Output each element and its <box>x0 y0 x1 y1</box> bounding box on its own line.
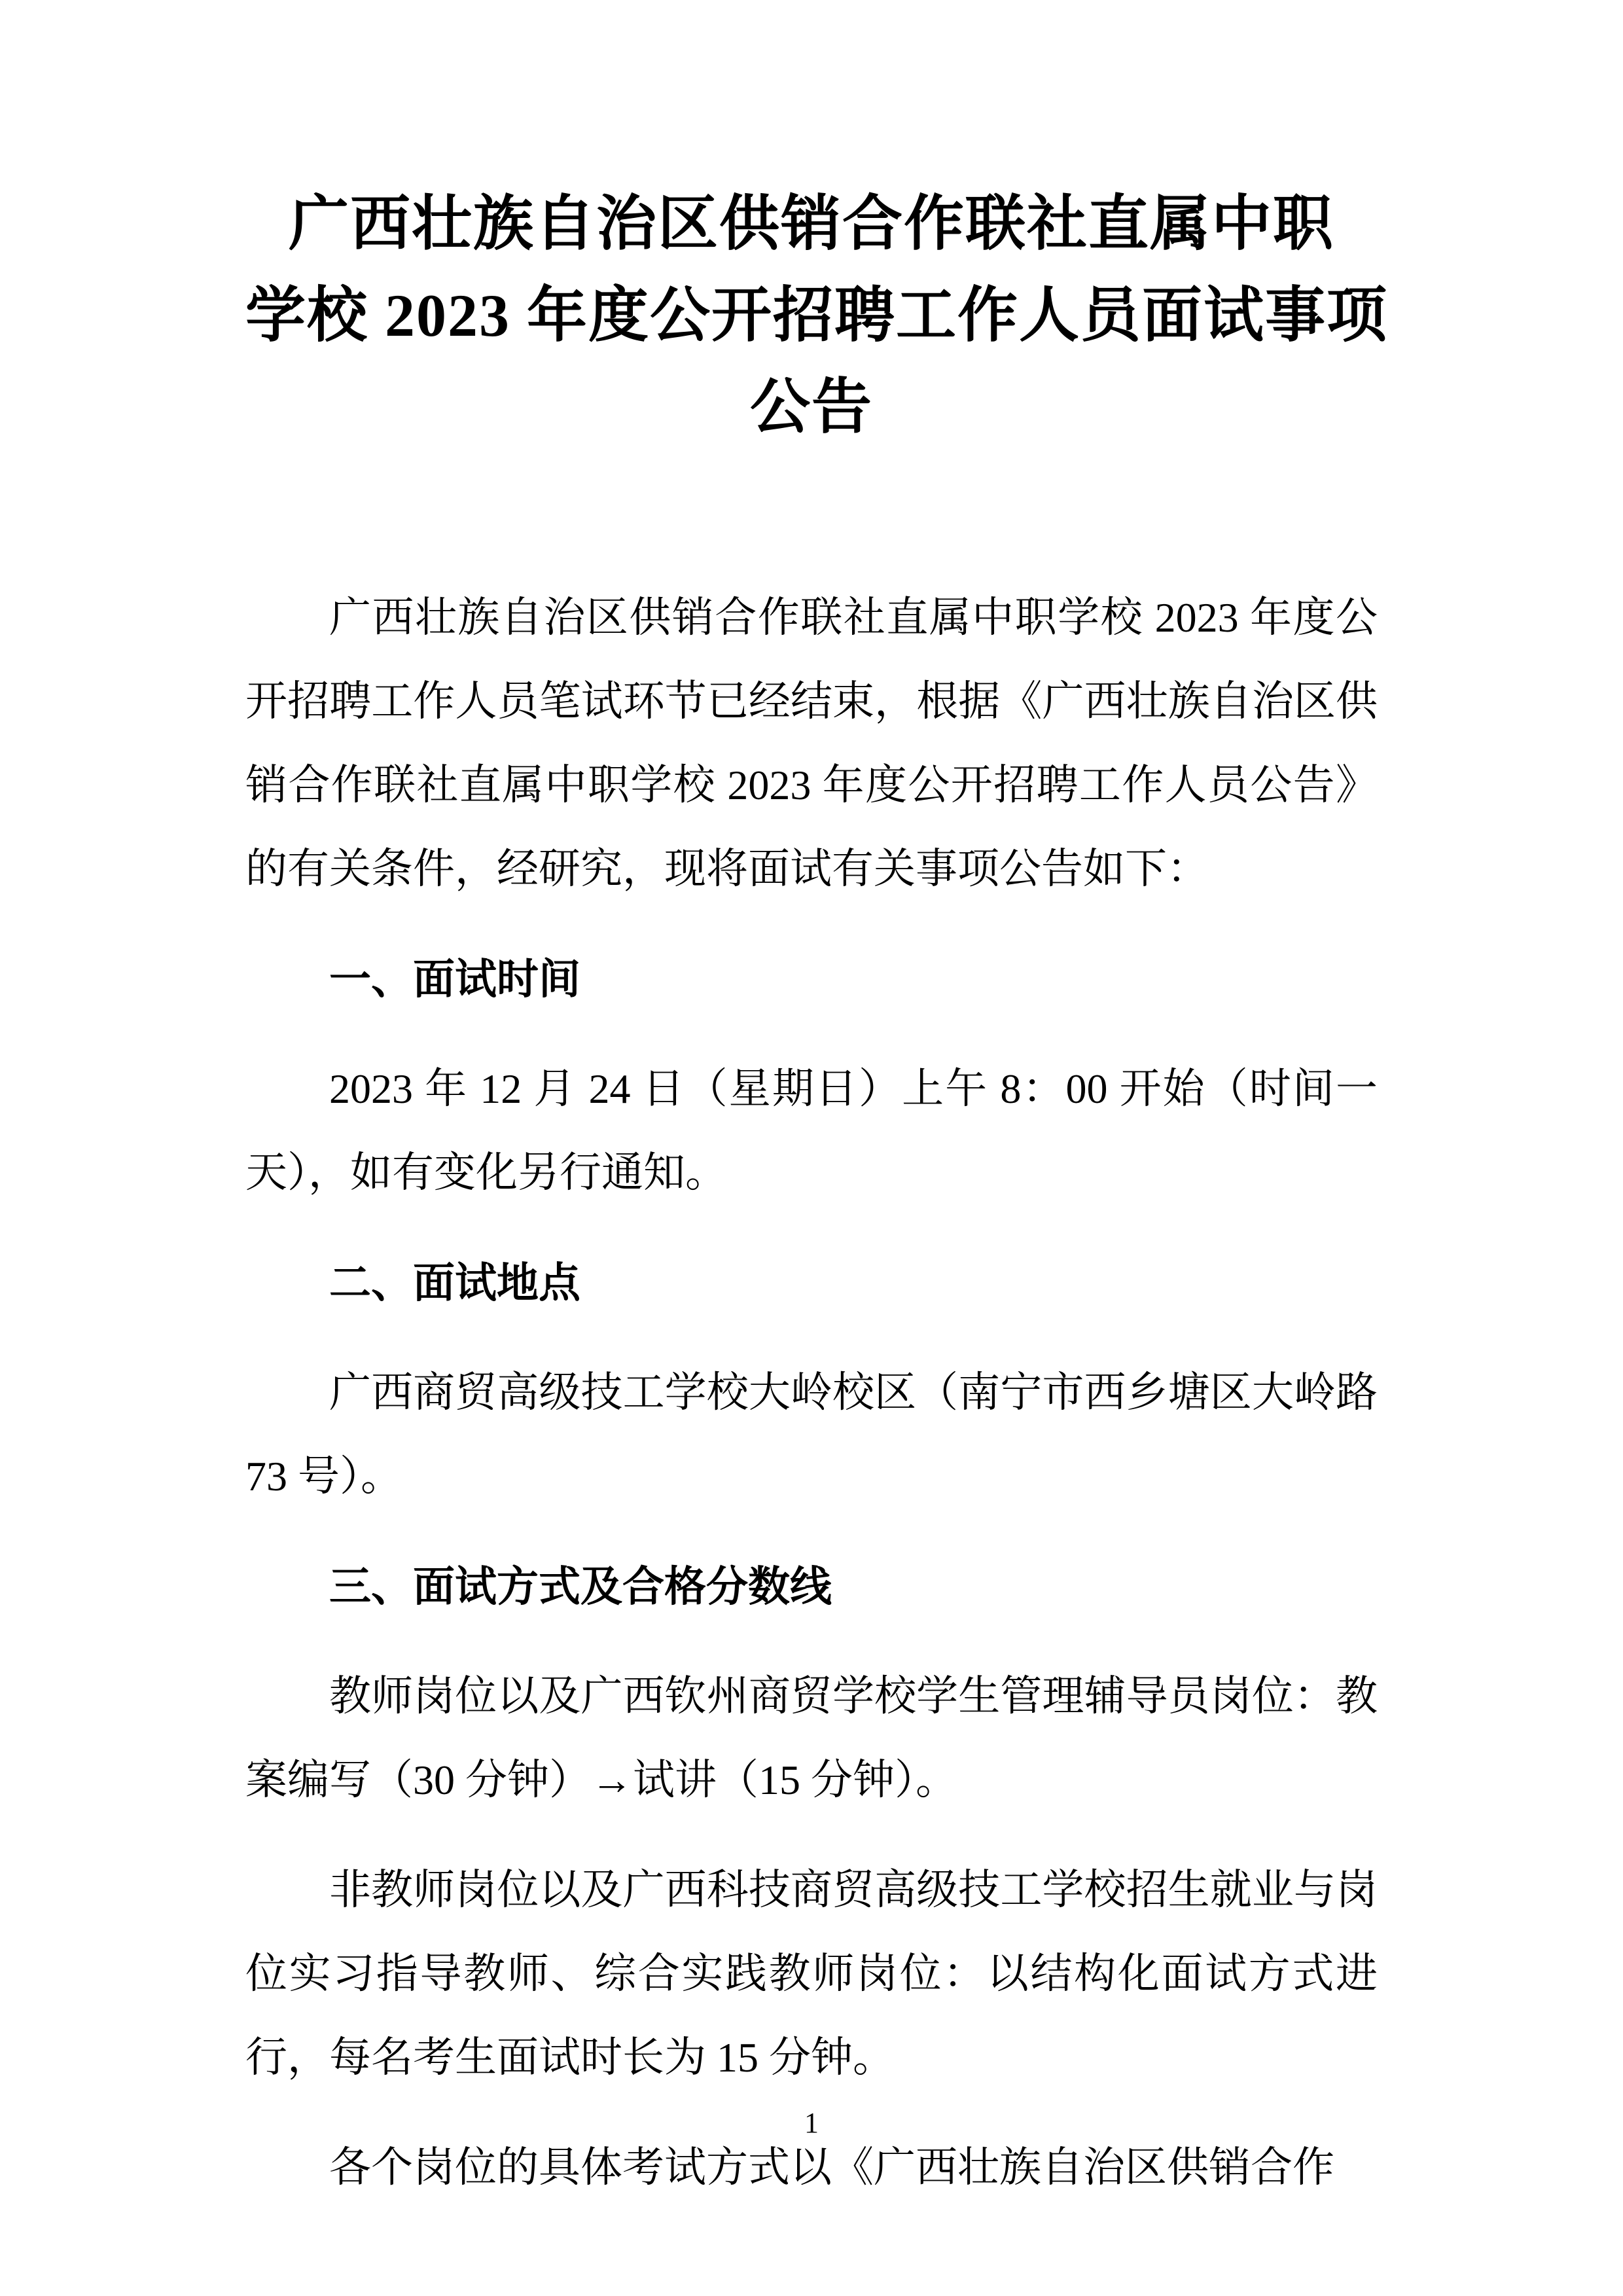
section-heading-interview-method: 三、面试方式及合格分数线 <box>245 1545 1378 1628</box>
page-footer: 1 <box>0 2106 1623 2140</box>
section-interview-location-paragraph: 广西商贸高级技工学校大岭校区（南宁市西乡塘区大岭路 73 号）。 <box>245 1351 1378 1518</box>
section-heading-interview-time: 一、面试时间 <box>245 937 1378 1021</box>
section-interview-time-paragraph: 2023 年 12 月 24 日（星期日）上午 8：00 开始（时间一天），如有… <box>245 1047 1378 1215</box>
page-number: 1 <box>804 2107 819 2139</box>
section-interview-method-paragraph-2: 非教师岗位以及广西科技商贸高级技工学校招生就业与岗位实习指导教师、综合实践教师岗… <box>245 1848 1378 2100</box>
document-title: 广西壮族自治区供销合作联社直属中职 学校 2023 年度公开招聘工作人员面试事项… <box>245 178 1378 453</box>
section-interview-method-paragraph-1: 教师岗位以及广西钦州商贸学校学生管理辅导员岗位：教案编写（30 分钟）→试讲（1… <box>245 1655 1378 1822</box>
document-title-line-2: 学校 2023 年度公开招聘工作人员面试事项 <box>245 270 1378 361</box>
document-title-line-3: 公告 <box>245 361 1378 453</box>
section-heading-interview-location: 二、面试地点 <box>245 1241 1378 1325</box>
intro-paragraph: 广西壮族自治区供销合作联社直属中职学校 2023 年度公开招聘工作人员笔试环节已… <box>245 576 1378 911</box>
document-title-line-1: 广西壮族自治区供销合作联社直属中职 <box>245 178 1378 270</box>
document-page: 广西壮族自治区供销合作联社直属中职 学校 2023 年度公开招聘工作人员面试事项… <box>0 0 1623 2296</box>
document-body: 广西壮族自治区供销合作联社直属中职学校 2023 年度公开招聘工作人员笔试环节已… <box>245 576 1378 2210</box>
